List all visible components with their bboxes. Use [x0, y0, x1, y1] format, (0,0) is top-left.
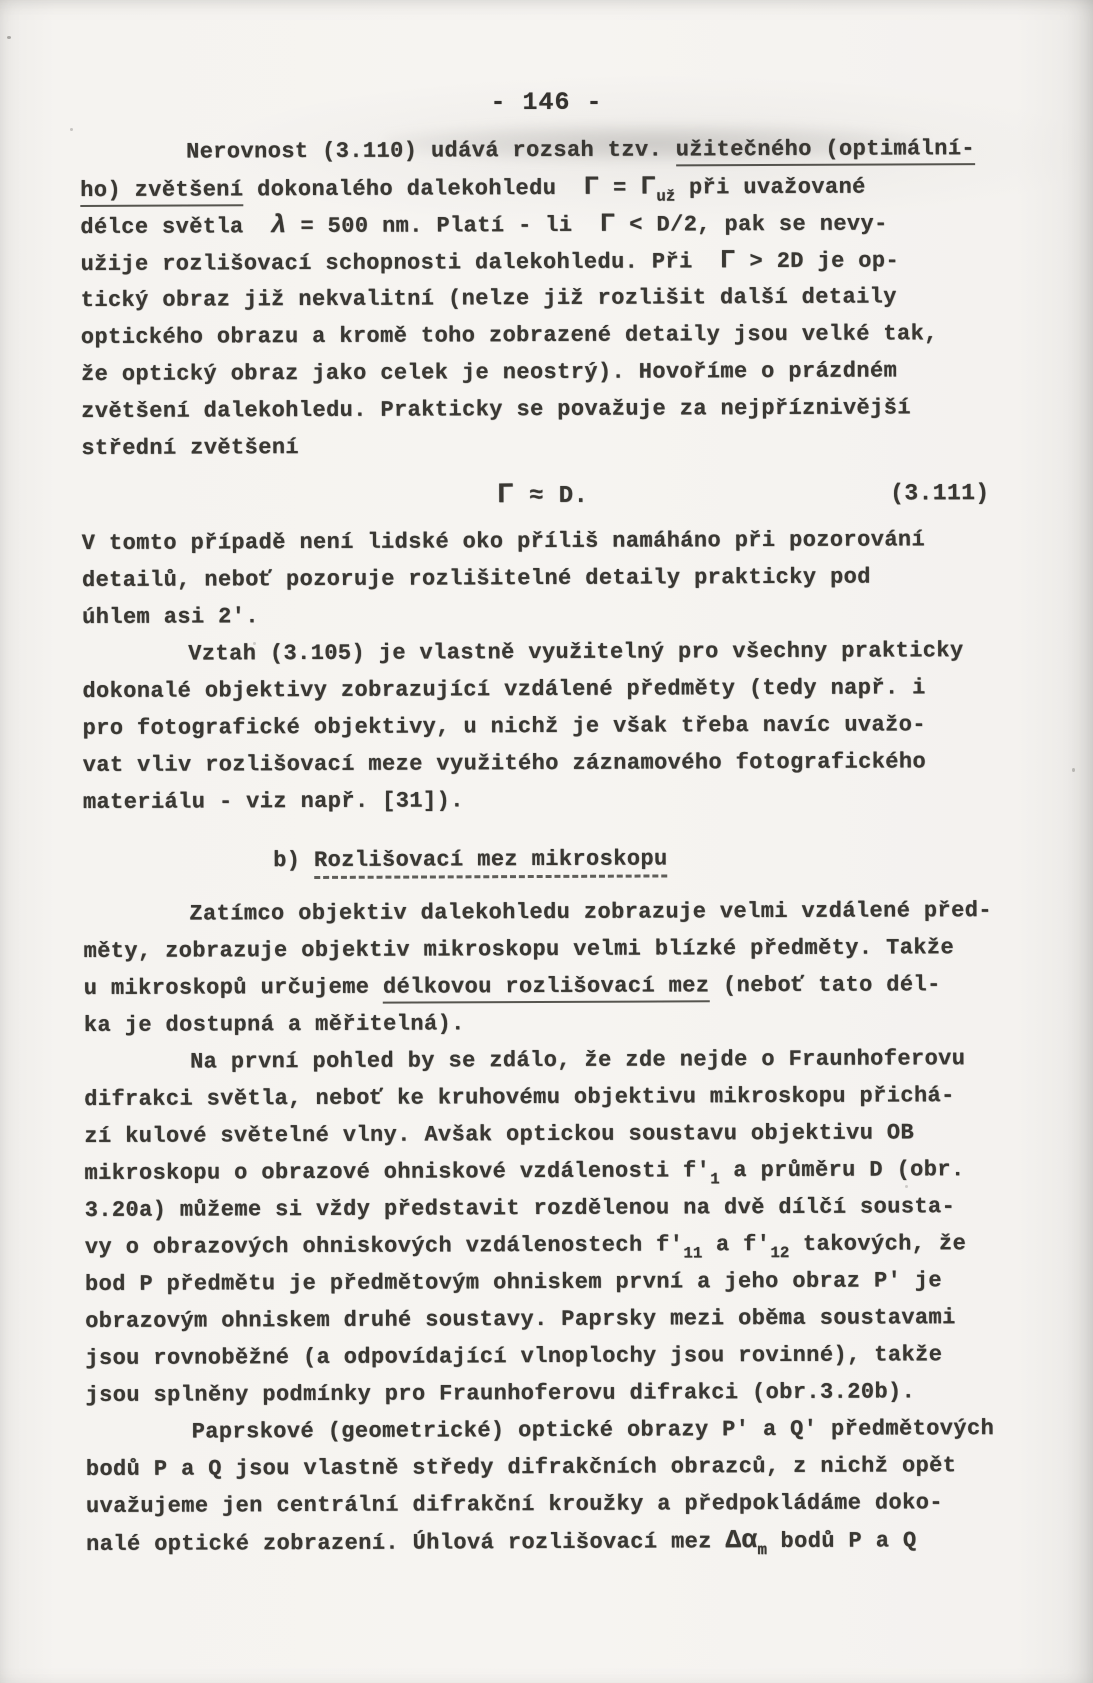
text-line: užije rozlišovací schopnosti dalekohledu… — [80, 241, 1002, 282]
text-line: vy o obrazových ohniskových vzdálenostec… — [85, 1225, 1007, 1266]
text-line: Nerovnost (3.110) udává rozsah tzv. užit… — [80, 130, 1002, 171]
scan-artifact-speck — [70, 128, 73, 131]
page-number: - 146 - — [0, 88, 1093, 117]
text-line: jsou splněny podmínky pro Fraunhoferovu … — [85, 1373, 1007, 1414]
equation-display: Γ ≈ D.(3.111) — [81, 469, 1003, 521]
text-segment: < D/2, pak se nevy- — [616, 211, 888, 237]
text-segment: = — [599, 176, 640, 201]
text-line: bod P předmětu je předmětovým ohniskem p… — [85, 1262, 1007, 1303]
text-line: Vztah (3.105) je vlastně využitelný pro … — [82, 632, 1004, 673]
text-segment: měty, zobrazuje objektiv mikroskopu velm… — [84, 935, 955, 964]
text-line: ka je dostupná a měřitelná). — [84, 1003, 1006, 1044]
text-segment: už — [656, 188, 675, 206]
text-segment: obrazovým ohniskem druhé soustavy. Paprs… — [85, 1305, 956, 1334]
math-symbol: Γ — [583, 172, 599, 202]
text-line: měty, zobrazuje objektiv mikroskopu velm… — [83, 929, 1005, 970]
paragraph: Nerovnost (3.110) udává rozsah tzv. užit… — [80, 130, 1003, 467]
text-segment: V tomto případě není lidské oko příliš n… — [82, 527, 925, 556]
text-segment: m — [757, 1541, 767, 1559]
text-line: ho) zvětšení dokonalého dalekohledu Γ = … — [80, 167, 1002, 208]
text-segment: pro fotografické objektivy, u nichž je v… — [83, 712, 926, 741]
text-segment: vat vliv rozlišovací meze využitého zázn… — [83, 749, 926, 778]
text-line: u mikroskopů určujeme délkovou rozlišova… — [84, 966, 1006, 1007]
text-segment: 12 — [770, 1244, 789, 1262]
text-line: detailů, neboť pozoruje rozlišitelné det… — [82, 558, 1004, 599]
text-segment: Rozlišovací mez mikroskopu — [314, 846, 668, 879]
text-line: délce světla λ = 500 nm. Platí - li Γ < … — [80, 204, 1002, 245]
text-segment: Na první pohled by se zdálo, že zde nejd… — [190, 1046, 965, 1074]
text-segment: nalé optické zobrazení. Úhlová rozlišova… — [86, 1529, 725, 1557]
text-line: obrazovým ohniskem druhé soustavy. Paprs… — [85, 1299, 1007, 1340]
scanned-document-page: - 146 - Nerovnost (3.110) udává rozsah t… — [0, 0, 1093, 1683]
text-line: jsou rovnoběžné (a odpovídající vlnoploc… — [85, 1336, 1007, 1377]
text-line: pro fotografické objektivy, u nichž je v… — [83, 706, 1005, 747]
text-segment: střední zvětšení — [81, 435, 299, 461]
section-heading: b) Rozlišovací mez mikroskopu — [273, 839, 1005, 879]
text-segment: zí kulové světelné vlny. Avšak optickou … — [84, 1120, 914, 1149]
document-body: Nerovnost (3.110) udává rozsah tzv. užit… — [80, 130, 1008, 1562]
text-line: uvažujeme jen centrální difrakční kroužk… — [86, 1484, 1008, 1525]
text-segment: zvětšení dalekohledu. Prakticky se považ… — [81, 395, 911, 424]
math-symbol: Γ — [600, 209, 616, 239]
math-symbol: Γ — [497, 478, 515, 511]
text-segment: uvažujeme jen centrální difrakční kroužk… — [86, 1490, 943, 1519]
text-segment: jsou rovnoběžné (a odpovídající vlnoploc… — [85, 1342, 942, 1371]
text-segment: bodů P a Q jsou vlastně středy difrakční… — [86, 1453, 957, 1482]
text-segment: > 2D je op- — [736, 248, 899, 274]
scan-artifact-speck — [1072, 768, 1075, 772]
math-symbol: Γ — [640, 171, 656, 201]
text-line: Na první pohled by se zdálo, že zde nejd… — [84, 1040, 1006, 1081]
text-segment: při uvažované — [675, 175, 866, 201]
text-segment: užitečného (optimální- — [676, 136, 975, 166]
text-line: Zatímco objektiv dalekohledu zobrazuje v… — [83, 892, 1005, 933]
text-segment: tický obraz již nekvalitní (nelze již ro… — [81, 284, 897, 313]
text-segment: délce světla — [80, 214, 271, 240]
math-symbol: Δα — [725, 1525, 757, 1555]
text-segment: takových, že — [789, 1231, 966, 1257]
text-line: mikroskopu o obrazové ohniskové vzdáleno… — [84, 1151, 1006, 1192]
text-segment: = 500 nm. Platí - li — [287, 213, 600, 239]
text-line: vat vliv rozlišovací meze využitého zázn… — [83, 743, 1005, 784]
text-segment: užije rozlišovací schopnosti dalekohledu… — [81, 249, 720, 277]
text-segment: bodů P a Q — [767, 1528, 917, 1554]
paragraph: Paprskové (geometrické) optické obrazy P… — [86, 1410, 1009, 1562]
text-segment: u mikroskopů určujeme — [84, 975, 383, 1001]
text-line: úhlem asi 2′. — [82, 595, 1004, 636]
text-segment: a průměru D (obr. — [720, 1157, 965, 1183]
text-line: 3.20a) můžeme si vždy představit rozděle… — [85, 1188, 1007, 1229]
text-line: tický obraz již nekvalitní (nelze již ro… — [81, 278, 1003, 319]
text-line: optického obrazu a kromě toho zobrazené … — [81, 315, 1003, 356]
text-line: střední zvětšení — [81, 426, 1003, 467]
text-line: V tomto případě není lidské oko příliš n… — [82, 521, 1004, 562]
text-segment: délkovou rozlišovací mez — [383, 973, 710, 1003]
math-symbol: Γ — [720, 245, 736, 275]
text-segment: difrakci světla, neboť ke kruhovému obje… — [84, 1083, 955, 1112]
text-segment: Vztah (3.105) je vlastně využitelný pro … — [188, 638, 963, 666]
text-line: dokonalé objektivy zobrazující vzdálené … — [82, 669, 1004, 710]
text-segment: dokonalého dalekohledu — [243, 176, 583, 202]
text-segment: ≈ D. — [514, 483, 588, 510]
text-segment: a f′ — [702, 1232, 770, 1257]
text-segment: úhlem asi 2′. — [82, 604, 259, 630]
text-segment: mikroskopu o obrazové ohniskové vzdáleno… — [84, 1158, 710, 1186]
text-line: nalé optické zobrazení. Úhlová rozlišova… — [86, 1521, 1008, 1562]
text-segment: 11 — [683, 1244, 702, 1262]
text-segment: jsou splněny podmínky pro Fraunhoferovu … — [85, 1379, 915, 1408]
equation-number: (3.111) — [890, 469, 990, 517]
paragraph: Zatímco objektiv dalekohledu zobrazuje v… — [83, 892, 1006, 1044]
text-segment: Nerovnost (3.110) udává rozsah tzv. — [186, 137, 676, 164]
text-segment: ho) zvětšení — [80, 177, 243, 207]
text-segment: že optický obraz jako celek je neostrý).… — [81, 358, 897, 387]
math-symbol: λ — [271, 210, 287, 240]
text-segment: materiálu - viz např. [31]). — [83, 788, 464, 815]
equation-formula: Γ ≈ D. — [81, 469, 1003, 523]
text-segment: optického obrazu a kromě toho zobrazené … — [81, 321, 938, 350]
text-segment: bod P předmětu je předmětovým ohniskem p… — [85, 1268, 942, 1297]
text-line: zvětšení dalekohledu. Prakticky se považ… — [81, 389, 1003, 430]
text-line: bodů P a Q jsou vlastně středy difrakční… — [86, 1447, 1008, 1488]
text-segment: Paprskové (geometrické) optické obrazy P… — [192, 1416, 995, 1445]
text-segment: vy o obrazových ohniskových vzdálenostec… — [85, 1232, 684, 1260]
text-line: materiálu - viz např. [31]). — [83, 780, 1005, 821]
text-segment: Zatímco objektiv dalekohledu zobrazuje v… — [189, 898, 992, 927]
paragraph: Na první pohled by se zdálo, že zde nejd… — [84, 1040, 1008, 1414]
text-line: difrakci světla, neboť ke kruhovému obje… — [84, 1077, 1006, 1118]
text-line: zí kulové světelné vlny. Avšak optickou … — [84, 1114, 1006, 1155]
text-line: že optický obraz jako celek je neostrý).… — [81, 352, 1003, 393]
text-segment: 3.20a) můžeme si vždy představit rozděle… — [85, 1194, 956, 1223]
text-segment: ka je dostupná a měřitelná). — [84, 1011, 465, 1038]
text-segment: 1 — [710, 1170, 720, 1188]
scan-artifact-speck — [7, 36, 11, 39]
text-segment: detailů, neboť pozoruje rozlišitelné det… — [82, 565, 871, 593]
paragraph: Vztah (3.105) je vlastně využitelný pro … — [82, 632, 1005, 821]
text-segment: b) — [273, 848, 314, 873]
paragraph: V tomto případě není lidské oko příliš n… — [82, 521, 1004, 636]
text-segment: dokonalé objektivy zobrazující vzdálené … — [82, 675, 925, 704]
text-segment: (neboť tato dél- — [709, 972, 940, 998]
text-line: Paprskové (geometrické) optické obrazy P… — [86, 1410, 1008, 1451]
